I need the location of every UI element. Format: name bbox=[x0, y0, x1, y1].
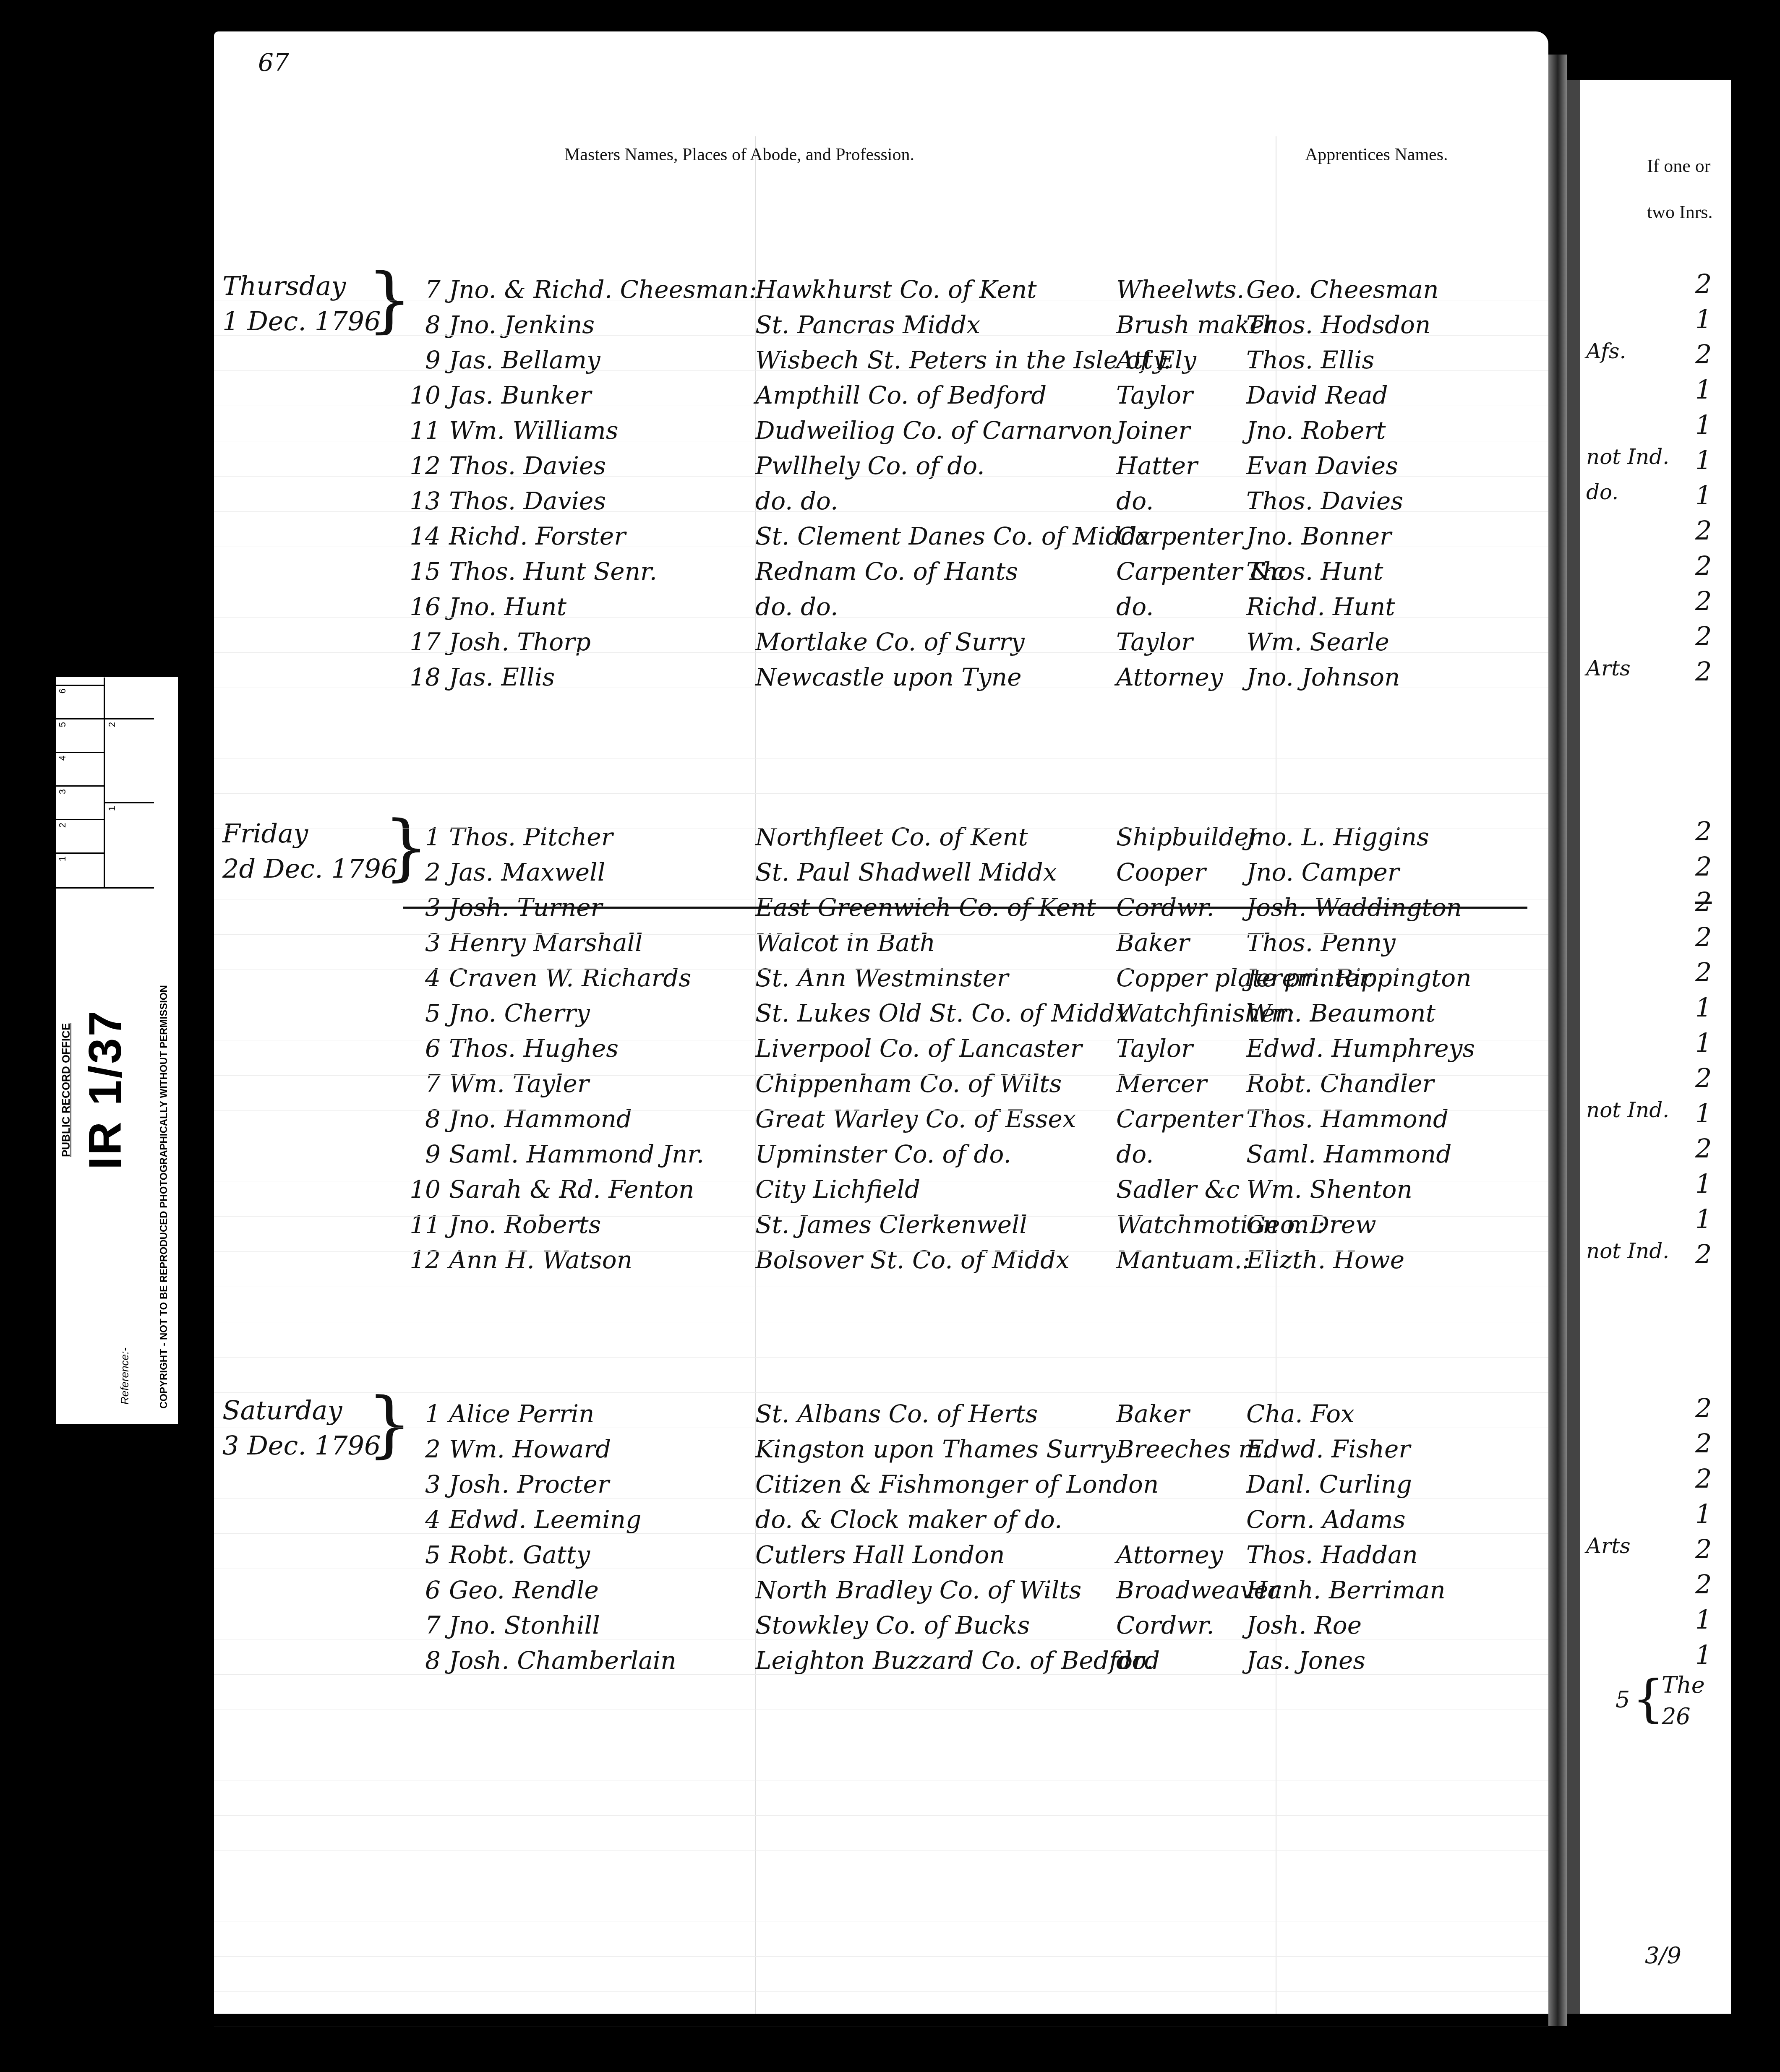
place-of-abode: St. Pancras Middx bbox=[755, 310, 980, 339]
ruled-line bbox=[214, 1886, 1548, 1886]
duty-value: 1 bbox=[1695, 1204, 1712, 1234]
duty-value: 2 bbox=[1695, 1569, 1712, 1600]
entry-number: 8 bbox=[407, 1646, 441, 1675]
profession: Mercer bbox=[1116, 1069, 1207, 1098]
weekday: Friday bbox=[222, 816, 397, 851]
ruled-line bbox=[214, 1815, 1548, 1816]
apprentice-name: Edwd. Humphreys bbox=[1246, 1034, 1475, 1063]
master-name: Wm. Howard bbox=[449, 1435, 611, 1463]
ruled-line bbox=[214, 1533, 1548, 1534]
ruled-line bbox=[214, 1745, 1548, 1745]
place-of-abode: do. do. bbox=[755, 592, 838, 621]
ruled-line bbox=[214, 1498, 1548, 1499]
apprentice-name: Wm. Searle bbox=[1246, 628, 1389, 656]
master-name: Thos. Davies bbox=[449, 451, 606, 480]
ruled-line bbox=[214, 1251, 1548, 1252]
record-office: PUBLIC RECORD OFFICE bbox=[60, 1023, 73, 1157]
profession: Baker bbox=[1116, 1400, 1189, 1428]
master-name: Jas. Bellamy bbox=[449, 346, 600, 374]
ruler-label: 2 bbox=[107, 722, 117, 727]
reference-strip: Reference:- PUBLIC RECORD OFFICE IR 1/37… bbox=[55, 675, 180, 1426]
place-of-abode: Cutlers Hall London bbox=[755, 1540, 1005, 1569]
ruled-line bbox=[214, 547, 1548, 547]
master-name: Josh. Turner bbox=[449, 893, 602, 922]
ruled-line bbox=[214, 1392, 1548, 1393]
apprentice-name: Hanh. Berriman bbox=[1246, 1576, 1446, 1604]
duty-value: 2 bbox=[1695, 886, 1712, 917]
master-name: Wm. Tayler bbox=[449, 1069, 589, 1098]
ruled-line bbox=[214, 1956, 1548, 1957]
master-name: Thos. Pitcher bbox=[449, 823, 613, 851]
apprentice-name: Evan Davies bbox=[1246, 451, 1398, 480]
ruled-line bbox=[214, 582, 1548, 582]
master-name: Josh. Procter bbox=[449, 1470, 609, 1499]
master-name: Josh. Chamberlain bbox=[449, 1646, 676, 1675]
ruled-line bbox=[214, 1005, 1548, 1005]
place-of-abode: Upminster Co. of do. bbox=[755, 1140, 1011, 1168]
ruler-label: 1 bbox=[107, 806, 117, 811]
copyright-notice: COPYRIGHT - NOT TO BE REPRODUCED PHOTOGR… bbox=[158, 985, 170, 1409]
place-of-abode: East Greenwich Co. of Kent bbox=[755, 893, 1096, 922]
weekday: Saturday bbox=[222, 1393, 381, 1428]
brace-line2: 26 bbox=[1662, 1703, 1691, 1730]
ruled-line bbox=[214, 1780, 1548, 1780]
ruler-label: 4 bbox=[57, 756, 68, 761]
place-of-abode: Citizen & Fishmonger of London bbox=[755, 1470, 1159, 1499]
ruled-line bbox=[214, 934, 1548, 935]
entry-number: 7 bbox=[407, 1611, 441, 1639]
duty-value: 2 bbox=[1695, 1133, 1712, 1164]
entry-number: 2 bbox=[407, 858, 441, 886]
ruled-line bbox=[214, 864, 1548, 864]
weekday: Thursday bbox=[222, 268, 381, 304]
entry-number: 16 bbox=[407, 592, 441, 621]
profession: Hatter bbox=[1116, 451, 1198, 480]
ruled-line bbox=[214, 1075, 1548, 1076]
entry-number: 1 bbox=[407, 1400, 441, 1428]
apprentice-name: Robt. Chandler bbox=[1246, 1069, 1434, 1098]
duty-value: 1 bbox=[1695, 304, 1712, 334]
profession: Wheelwts. bbox=[1116, 275, 1244, 304]
duty-note: not Ind. bbox=[1586, 1239, 1669, 1263]
master-name: Jno. Hammond bbox=[449, 1105, 632, 1133]
master-name: Robt. Gatty bbox=[449, 1540, 590, 1569]
master-name: Jno. & Richd. Cheesman: bbox=[449, 275, 757, 304]
apprentice-name: Saml. Hammond bbox=[1246, 1140, 1451, 1168]
master-name: Richd. Forster bbox=[449, 522, 626, 550]
entry-number: 10 bbox=[407, 1175, 441, 1204]
profession: Attorney bbox=[1116, 1540, 1223, 1569]
entry-number: 18 bbox=[407, 663, 441, 691]
apprentice-name: Geo. Drew bbox=[1246, 1210, 1376, 1239]
place-of-abode: Rednam Co. of Hants bbox=[755, 557, 1018, 586]
profession: do. bbox=[1116, 592, 1154, 621]
entry-number: 6 bbox=[407, 1034, 441, 1063]
master-name: Jno. Hunt bbox=[449, 592, 566, 621]
apprentice-name: Thos. Hunt bbox=[1246, 557, 1383, 586]
entry-number: 6 bbox=[407, 1576, 441, 1604]
apprentice-name: Jno. L. Higgins bbox=[1246, 823, 1429, 851]
place-of-abode: Ampthill Co. of Bedford bbox=[755, 381, 1047, 409]
place-of-abode: Chippenham Co. of Wilts bbox=[755, 1069, 1062, 1098]
entry-number: 4 bbox=[407, 1505, 441, 1534]
date: 1 Dec. 1796 bbox=[222, 304, 381, 339]
ruled-line bbox=[214, 899, 1548, 899]
entry-number: 5 bbox=[407, 1540, 441, 1569]
header-apprentices: Apprentices Names. bbox=[1305, 145, 1448, 165]
duty-value: 1 bbox=[1695, 992, 1712, 1023]
master-name: Geo. Rendle bbox=[449, 1576, 599, 1604]
entry-number: 14 bbox=[407, 522, 441, 550]
place-of-abode: Northfleet Co. of Kent bbox=[755, 823, 1028, 851]
ruled-line bbox=[214, 1110, 1548, 1111]
ruled-line bbox=[214, 406, 1548, 406]
master-name: Jno. Jenkins bbox=[449, 310, 595, 339]
master-name: Jas. Ellis bbox=[449, 663, 555, 691]
duty-value: 2 bbox=[1695, 586, 1712, 616]
ruled-line bbox=[214, 1604, 1548, 1604]
profession: Cooper bbox=[1116, 858, 1206, 886]
duty-note: Arts bbox=[1586, 1534, 1631, 1558]
duty-value: 2 bbox=[1695, 957, 1712, 988]
entry-number: 13 bbox=[407, 487, 441, 515]
ruled-line bbox=[214, 1639, 1548, 1639]
master-name: Josh. Thorp bbox=[449, 628, 591, 656]
master-name: Jas. Bunker bbox=[449, 381, 591, 409]
master-name: Edwd. Leeming bbox=[449, 1505, 641, 1534]
ruler-label: 6 bbox=[57, 688, 68, 693]
profession: do. bbox=[1116, 487, 1154, 515]
ruled-line bbox=[214, 1569, 1548, 1569]
ruled-line bbox=[214, 652, 1548, 653]
profession: Taylor bbox=[1116, 628, 1193, 656]
profession: Baker bbox=[1116, 928, 1189, 957]
apprentice-name: Jas. Jones bbox=[1246, 1646, 1365, 1675]
master-name: Alice Perrin bbox=[449, 1400, 594, 1428]
entry-number: 4 bbox=[407, 964, 441, 992]
master-name: Henry Marshall bbox=[449, 928, 643, 957]
apprentice-name: David Read bbox=[1246, 381, 1388, 409]
duty-note: not Ind. bbox=[1586, 1098, 1669, 1122]
duty-value: 2 bbox=[1695, 550, 1712, 581]
duty-value: 1 bbox=[1695, 480, 1712, 511]
profession: Taylor bbox=[1116, 381, 1193, 409]
book-gutter bbox=[1548, 55, 1567, 2026]
date-label: Saturday3 Dec. 1796} bbox=[222, 1393, 381, 1463]
ruled-line bbox=[214, 1991, 1548, 1992]
entry-number: 2 bbox=[407, 1435, 441, 1463]
duty-value: 2 bbox=[1695, 851, 1712, 882]
duty-value: 1 bbox=[1695, 1027, 1712, 1058]
master-name: Craven W. Richards bbox=[449, 964, 691, 992]
duty-value: 2 bbox=[1695, 339, 1712, 370]
duty-value: 2 bbox=[1695, 1393, 1712, 1423]
brace: { bbox=[1632, 1674, 1664, 1724]
duty-value: 1 bbox=[1695, 1168, 1712, 1199]
master-name: Jno. Cherry bbox=[449, 999, 590, 1027]
master-name: Jno. Roberts bbox=[449, 1210, 601, 1239]
profession: Sadler &c bbox=[1116, 1175, 1240, 1204]
master-name: Thos. Davies bbox=[449, 487, 606, 515]
apprentice-name: Wm. Beaumont bbox=[1246, 999, 1435, 1027]
apprentice-name: Thos. Penny bbox=[1246, 928, 1396, 957]
ruled-line bbox=[214, 1181, 1548, 1181]
ruled-line bbox=[214, 511, 1548, 512]
master-name: Jas. Maxwell bbox=[449, 858, 605, 886]
master-name: Saml. Hammond Jnr. bbox=[449, 1140, 704, 1168]
profession: Mantuam.: bbox=[1116, 1246, 1250, 1274]
duty-value: 2 bbox=[1695, 621, 1712, 652]
profession: Attorney bbox=[1116, 663, 1223, 691]
ruled-line bbox=[214, 1216, 1548, 1217]
entry-number: 12 bbox=[407, 1246, 441, 1274]
entry-number: 8 bbox=[407, 310, 441, 339]
ruled-line bbox=[214, 476, 1548, 477]
entry-number: 7 bbox=[407, 1069, 441, 1098]
entry-number: 9 bbox=[407, 346, 441, 374]
ledger-page: 67 Masters Names, Places of Abode, and P… bbox=[214, 31, 1548, 2014]
entry-number: 3 bbox=[407, 893, 441, 922]
profession: Carpenter bbox=[1116, 522, 1242, 550]
place-of-abode: do. do. bbox=[755, 487, 838, 515]
duty-value: 1 bbox=[1695, 1098, 1712, 1129]
place-of-abode: do. & Clock maker of do. bbox=[755, 1505, 1062, 1534]
duty-value: 2 bbox=[1695, 1463, 1712, 1494]
ruled-line bbox=[214, 793, 1548, 794]
place-of-abode: St. Clement Danes Co. of Middx bbox=[755, 522, 1150, 550]
date: 2d Dec. 1796 bbox=[222, 851, 397, 886]
apprentice-name: Thos. Haddan bbox=[1246, 1540, 1418, 1569]
place-of-abode: Liverpool Co. of Lancaster bbox=[755, 1034, 1082, 1063]
place-of-abode: North Bradley Co. of Wilts bbox=[755, 1576, 1081, 1604]
date: 3 Dec. 1796 bbox=[222, 1428, 381, 1463]
folio-number: 3/9 bbox=[1645, 1942, 1681, 1969]
date-label: Friday2d Dec. 1796} bbox=[222, 816, 397, 886]
place-of-abode: Leighton Buzzard Co. of Bedford bbox=[755, 1646, 1160, 1675]
ruled-line bbox=[214, 1710, 1548, 1710]
place-of-abode: Dudweiliog Co. of Carnarvon bbox=[755, 416, 1113, 445]
apprentice-name: Jno. Robert bbox=[1246, 416, 1386, 445]
entry-number: 7 bbox=[407, 275, 441, 304]
reference-code: IR 1/37 bbox=[78, 1009, 132, 1170]
place-of-abode: Hawkhurst Co. of Kent bbox=[755, 275, 1037, 304]
ruled-line bbox=[214, 1428, 1548, 1428]
duty-value: 2 bbox=[1695, 656, 1712, 687]
duty-value: 1 bbox=[1695, 1604, 1712, 1635]
ruled-line bbox=[214, 1463, 1548, 1463]
master-name: Sarah & Rd. Fenton bbox=[449, 1175, 694, 1204]
master-name: Thos. Hunt Senr. bbox=[449, 557, 657, 586]
entry-number: 11 bbox=[407, 416, 441, 445]
page-number: 67 bbox=[258, 48, 289, 77]
place-of-abode: Kingston upon Thames Surry bbox=[755, 1435, 1116, 1463]
profession: Carpenter bbox=[1116, 1105, 1242, 1133]
apprentice-name: Jno. Camper bbox=[1246, 858, 1399, 886]
ruled-line bbox=[214, 688, 1548, 688]
entry-number: 15 bbox=[407, 557, 441, 586]
apprentice-name: Cha. Fox bbox=[1246, 1400, 1355, 1428]
profession: Cordwr. bbox=[1116, 893, 1214, 922]
apprentice-name: Thos. Hammond bbox=[1246, 1105, 1449, 1133]
ruled-line bbox=[214, 1040, 1548, 1040]
header-masters: Masters Names, Places of Abode, and Prof… bbox=[564, 145, 914, 165]
duty-value: 2 bbox=[1695, 1063, 1712, 1093]
ruled-line bbox=[214, 723, 1548, 723]
ruled-line bbox=[214, 1287, 1548, 1287]
place-of-abode: St. James Clerkenwell bbox=[755, 1210, 1027, 1239]
brace: } bbox=[367, 1389, 412, 1460]
brace-number: 5 bbox=[1616, 1686, 1630, 1713]
place-of-abode: St. Ann Westminster bbox=[755, 964, 1008, 992]
profession: Atty. bbox=[1116, 346, 1171, 374]
apprentice-name: Corn. Adams bbox=[1246, 1505, 1406, 1534]
apprentice-name: Jno. Johnson bbox=[1246, 663, 1400, 691]
entry-number: 12 bbox=[407, 451, 441, 480]
ruled-line bbox=[214, 617, 1548, 618]
entry-number: 11 bbox=[407, 1210, 441, 1239]
ruler-label: 3 bbox=[57, 789, 68, 794]
facing-page-column: 21Afs.211not Ind.1do.12222Arts222222112n… bbox=[1569, 0, 1720, 2072]
master-name: Wm. Williams bbox=[449, 416, 619, 445]
place-of-abode: Mortlake Co. of Surry bbox=[755, 628, 1025, 656]
place-of-abode: St. Paul Shadwell Middx bbox=[755, 858, 1057, 886]
duty-note: Arts bbox=[1586, 656, 1631, 680]
apprentice-name: Thos. Hodsdon bbox=[1246, 310, 1430, 339]
entry-number: 17 bbox=[407, 628, 441, 656]
reference-label: Reference:- bbox=[118, 1347, 131, 1405]
ruled-line bbox=[214, 1674, 1548, 1675]
apprentice-name: Thos. Davies bbox=[1246, 487, 1403, 515]
apprentice-name: Josh. Waddington bbox=[1246, 893, 1462, 922]
ruled-line bbox=[214, 829, 1548, 829]
place-of-abode: Bolsover St. Co. of Middx bbox=[755, 1246, 1070, 1274]
ruler-label: 1 bbox=[57, 856, 68, 861]
duty-value: 2 bbox=[1695, 1428, 1712, 1459]
master-name: Ann H. Watson bbox=[449, 1246, 632, 1274]
place-of-abode: City Lichfield bbox=[755, 1175, 920, 1204]
duty-value: 1 bbox=[1695, 409, 1712, 440]
place-of-abode: St. Albans Co. of Herts bbox=[755, 1400, 1038, 1428]
ruled-line bbox=[214, 1921, 1548, 1921]
apprentice-name: Elizth. Howe bbox=[1246, 1246, 1404, 1274]
duty-value: 2 bbox=[1695, 268, 1712, 299]
duty-note: do. bbox=[1586, 480, 1618, 504]
duty-value: 2 bbox=[1695, 922, 1712, 952]
place-of-abode: Pwllhely Co. of do. bbox=[755, 451, 985, 480]
place-of-abode: Stowkley Co. of Bucks bbox=[755, 1611, 1030, 1639]
entry-number: 3 bbox=[407, 1470, 441, 1499]
apprentice-name: Jerem. Rippington bbox=[1246, 964, 1472, 992]
master-name: Thos. Hughes bbox=[449, 1034, 619, 1063]
ruled-line bbox=[214, 1357, 1548, 1358]
apprentice-name: Richd. Hunt bbox=[1246, 592, 1395, 621]
duty-value: 2 bbox=[1695, 1239, 1712, 1269]
ruler-label: 2 bbox=[57, 823, 68, 828]
place-of-abode: Newcastle upon Tyne bbox=[755, 663, 1022, 691]
scale-ruler: 123456 12 bbox=[55, 678, 154, 889]
apprentice-name: Geo. Cheesman bbox=[1246, 275, 1439, 304]
duty-note: not Ind. bbox=[1586, 445, 1669, 469]
master-name: Jno. Stonhill bbox=[449, 1611, 600, 1639]
apprentice-name: Jno. Bonner bbox=[1246, 522, 1391, 550]
duty-value: 1 bbox=[1695, 1639, 1712, 1670]
profession: Shipbuilder bbox=[1116, 823, 1261, 851]
ruled-line bbox=[214, 335, 1548, 336]
entry-number: 1 bbox=[407, 823, 441, 851]
ruled-line bbox=[214, 970, 1548, 970]
entry-number: 5 bbox=[407, 999, 441, 1027]
ruled-line bbox=[214, 441, 1548, 441]
duty-value: 1 bbox=[1695, 374, 1712, 405]
ruled-line bbox=[214, 300, 1548, 300]
entry-number: 9 bbox=[407, 1140, 441, 1168]
entry-number: 10 bbox=[407, 381, 441, 409]
ruled-line bbox=[214, 1322, 1548, 1322]
apprentice-name: Danl. Curling bbox=[1246, 1470, 1412, 1499]
profession: do. bbox=[1116, 1140, 1154, 1168]
duty-value: 2 bbox=[1695, 515, 1712, 546]
place-of-abode: St. Lukes Old St. Co. of Middx bbox=[755, 999, 1129, 1027]
profession: Joiner bbox=[1116, 416, 1190, 445]
brace-line1: The bbox=[1662, 1672, 1705, 1698]
profession: do. bbox=[1116, 1646, 1154, 1675]
date-label: Thursday1 Dec. 1796} bbox=[222, 268, 381, 339]
apprentice-name: Thos. Ellis bbox=[1246, 346, 1374, 374]
apprentice-name: Josh. Roe bbox=[1246, 1611, 1362, 1639]
ruled-line bbox=[214, 758, 1548, 758]
ruled-line bbox=[214, 370, 1548, 371]
place-of-abode: Great Warley Co. of Essex bbox=[755, 1105, 1076, 1133]
profession: Taylor bbox=[1116, 1034, 1193, 1063]
ruled-line bbox=[214, 1850, 1548, 1851]
duty-value: 1 bbox=[1695, 445, 1712, 475]
duty-value: 1 bbox=[1695, 1499, 1712, 1529]
ruled-line bbox=[214, 2027, 1548, 2027]
duty-value: 2 bbox=[1695, 1534, 1712, 1564]
ruler-label: 5 bbox=[57, 722, 68, 727]
apprentice-name: Edwd. Fisher bbox=[1246, 1435, 1410, 1463]
apprentice-name: Wm. Shenton bbox=[1246, 1175, 1412, 1204]
duty-note: Afs. bbox=[1586, 339, 1626, 363]
place-of-abode: Walcot in Bath bbox=[755, 928, 935, 957]
duty-value: 2 bbox=[1695, 816, 1712, 847]
entry-number: 8 bbox=[407, 1105, 441, 1133]
entry-number: 3 bbox=[407, 928, 441, 957]
profession: Cordwr. bbox=[1116, 1611, 1214, 1639]
ruled-line bbox=[214, 1146, 1548, 1146]
